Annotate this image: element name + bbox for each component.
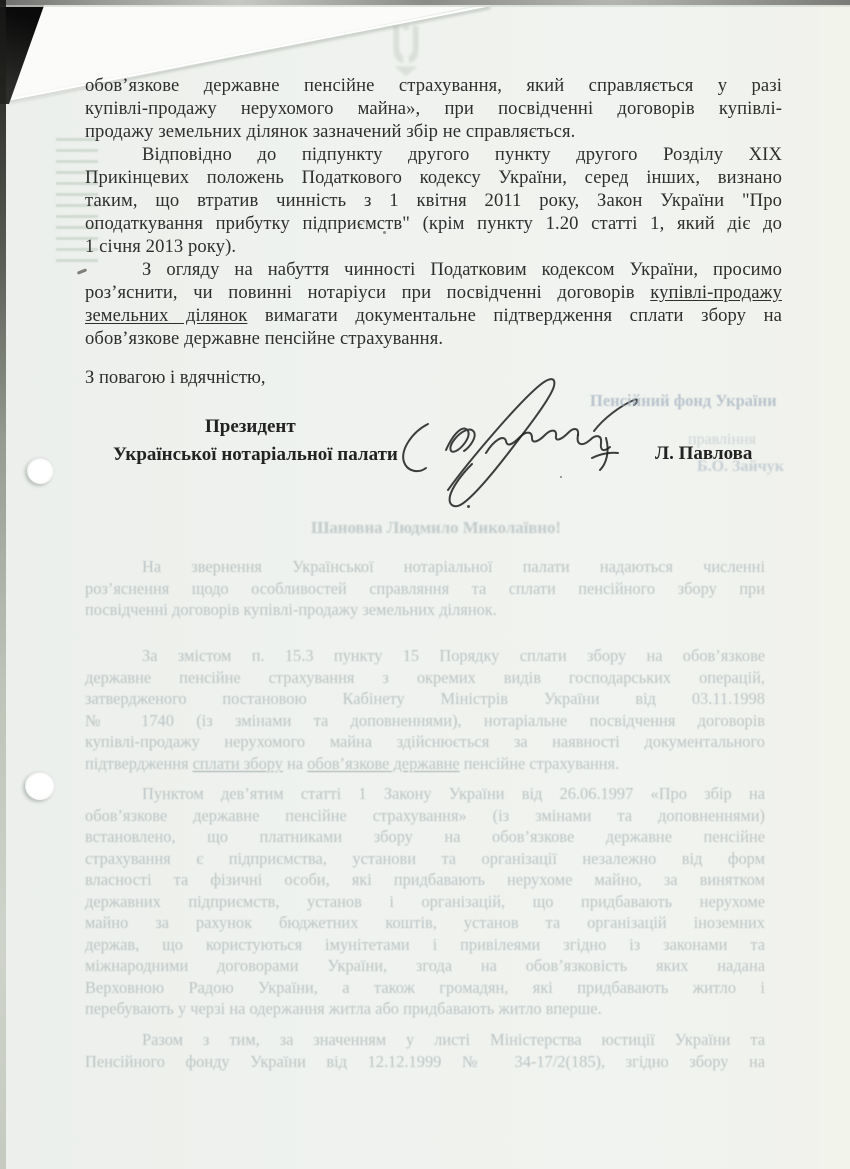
bleed-through-heading: Шановна Людмило Миколаївно!	[240, 518, 632, 538]
trident-watermark-ghost-icon	[386, 24, 426, 78]
bleed-through-paragraph: На звернення Української нотаріальної па…	[85, 556, 765, 621]
bleed-through-fragment: правління	[688, 431, 788, 449]
scanner-edge-top-shadow	[0, 5, 850, 7]
bleed-through-paragraph: За змістом п. 15.3 пункту 15 Порядку спл…	[85, 645, 765, 774]
ink-speck	[383, 231, 386, 234]
punch-hole-top	[27, 457, 54, 484]
bleed-through-signatory: Б.О. Зайчук	[697, 458, 792, 476]
bleed-through-paragraph: Разом з тим, за значенням у листі Мініст…	[85, 1029, 765, 1072]
ink-speck	[560, 476, 562, 478]
bleed-through-paragraph: Пунктом дев’ятим статті 1 Закону України…	[85, 783, 765, 1020]
handwritten-signature	[398, 358, 660, 530]
scanner-edge-left	[0, 0, 6, 1169]
scan-light-band	[818, 5, 850, 1169]
scanned-letter-page: обов’язкове державне пенсійне страхуванн…	[0, 0, 850, 1169]
punch-hole-bottom	[25, 771, 55, 800]
ink-speck	[467, 505, 470, 508]
bleed-through-sender: Пенсійний фонд України	[590, 391, 810, 411]
letter-body: обов’язкове державне пенсійне страхуванн…	[85, 74, 782, 350]
closing-salutation: З повагою і вдячністю,	[85, 367, 266, 389]
